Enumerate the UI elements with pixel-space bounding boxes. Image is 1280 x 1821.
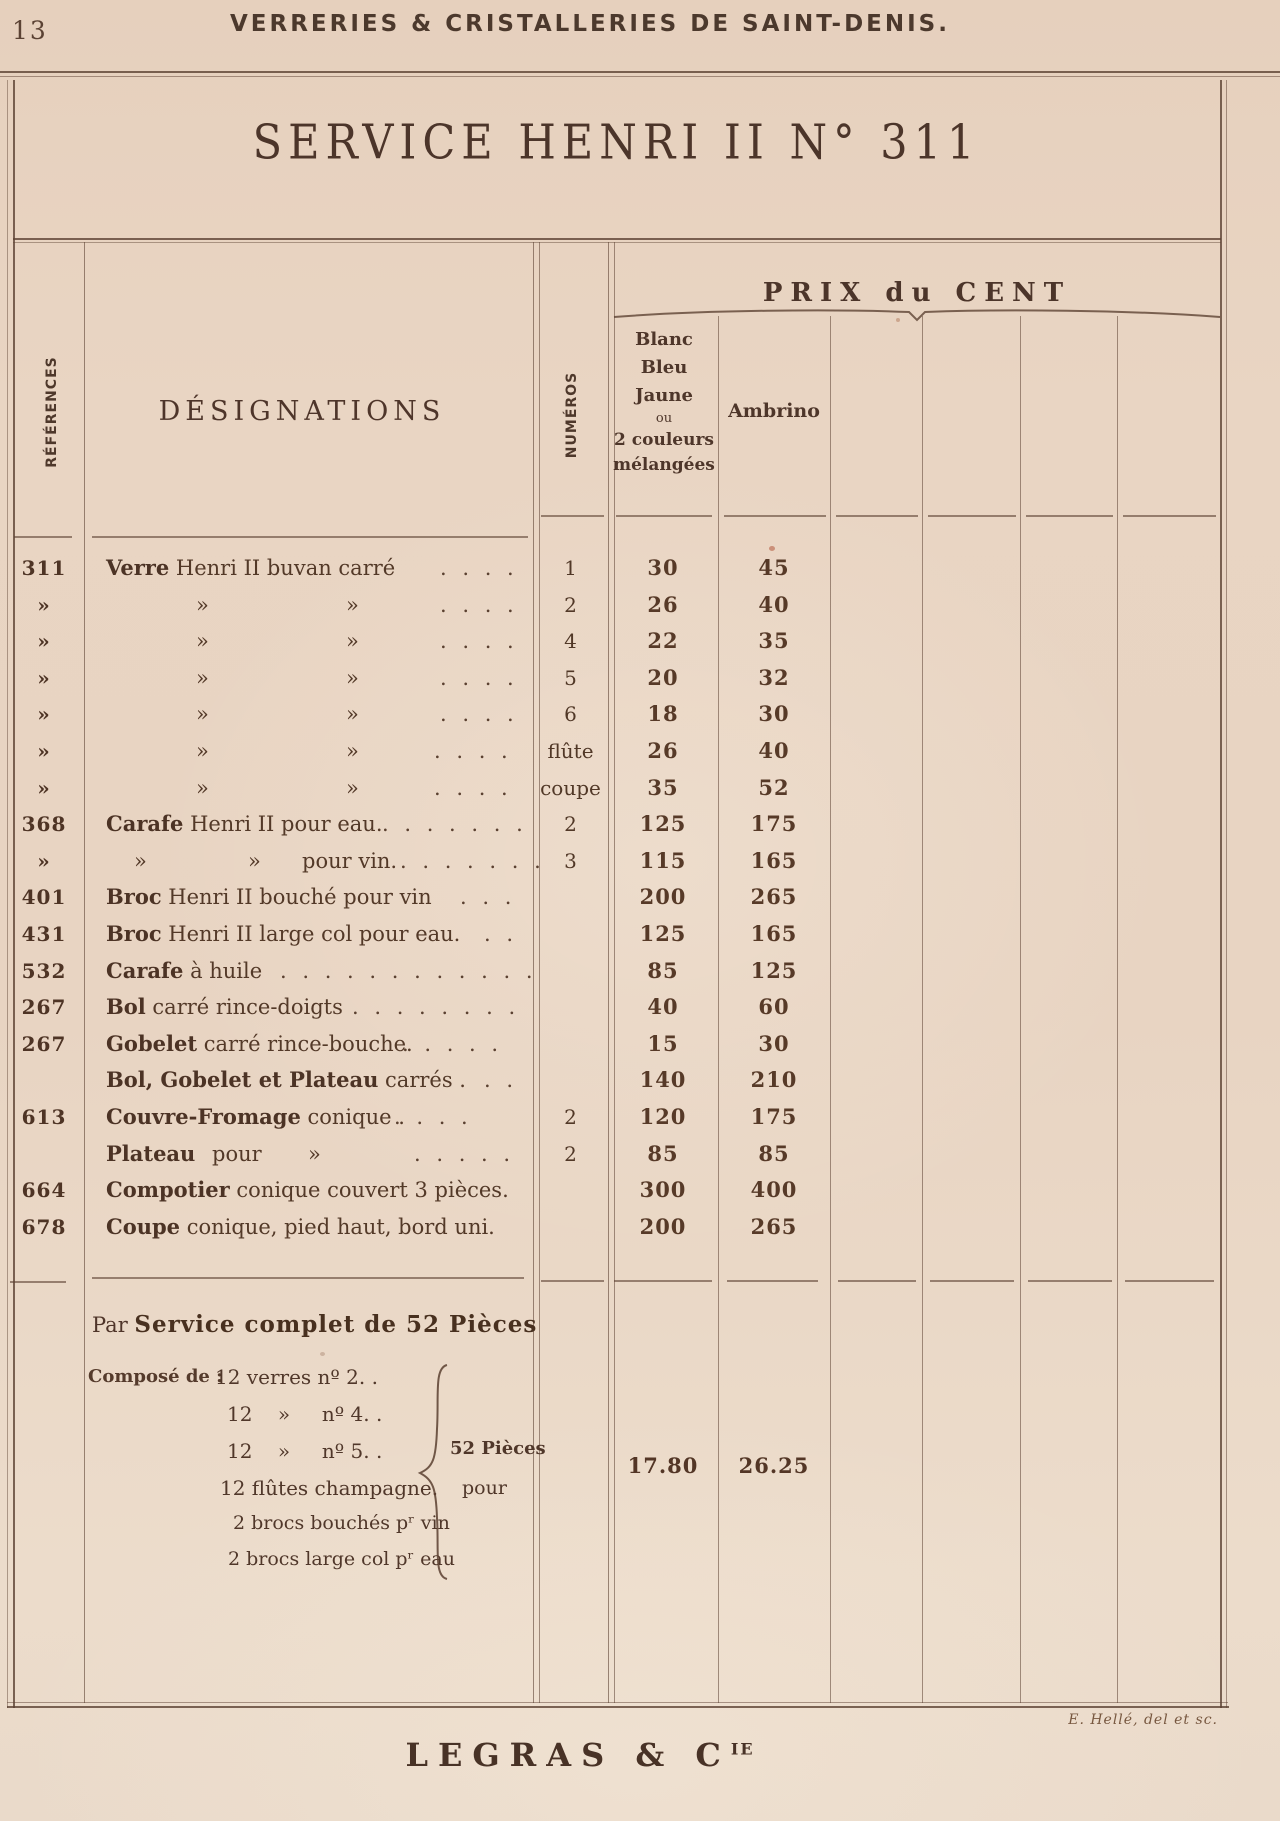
designation-text: Carafe: [106, 811, 183, 836]
table-row: 613Couvre-Fromage conique .. . . .212017…: [0, 1099, 1233, 1135]
reference-cell: 267: [6, 989, 82, 1025]
price-ambrino-cell: 35: [718, 623, 830, 659]
numero-cell: [533, 1209, 608, 1245]
table-row: 664Compotier conique couvert 3 pièces.30…: [0, 1172, 1233, 1208]
price-blanc-cell: 140: [608, 1062, 718, 1098]
price-ambrino-cell: 175: [718, 806, 830, 842]
designation-text: Carafe: [106, 958, 183, 983]
table-rule: [14, 536, 72, 538]
reference-cell: 664: [6, 1172, 82, 1208]
column-header-prix-du-cent: PRIX du CENT: [614, 278, 1220, 308]
table-rule: [616, 515, 712, 517]
masthead-title: VERRERIES & CRISTALLERIES DE SAINT-DENIS…: [0, 11, 1180, 38]
numero-cell: [533, 879, 608, 915]
reference-cell: »: [6, 587, 82, 623]
designation-text: »: [196, 733, 209, 769]
table-rule: [92, 536, 528, 538]
dot-leader: . .: [484, 916, 513, 952]
service-heading-prefix: Par: [92, 1313, 134, 1337]
prix-brace-rule: [614, 306, 1220, 324]
dot-leader: . . .: [460, 879, 511, 915]
price-blanc-cell: 85: [608, 953, 718, 989]
designation-text: Broc: [106, 921, 162, 946]
numero-cell: [533, 1026, 608, 1062]
table-rule: [930, 1280, 1014, 1282]
designation-text: conique couvert 3 pièces.: [230, 1178, 509, 1202]
price-blanc-cell: 300: [608, 1172, 718, 1208]
table-rule: [1026, 515, 1113, 517]
designation-cell: Bol carré rince-doigts. . . . . . . .: [84, 989, 533, 1025]
column-header-numeros: NUMÉROS: [564, 360, 580, 470]
numero-cell: 6: [533, 696, 608, 732]
numero-cell: flûte: [533, 733, 608, 769]
price-blanc-cell: 200: [608, 879, 718, 915]
price-ambrino-cell: 52: [718, 770, 830, 806]
reference-cell: 311: [6, 550, 82, 586]
designation-text: »: [346, 770, 359, 806]
reference-cell: »: [6, 770, 82, 806]
numero-cell: [533, 1062, 608, 1098]
designation-text: Bol, Gobelet et Plateau: [106, 1067, 378, 1092]
reference-cell: »: [6, 733, 82, 769]
dot-leader: . . . .: [440, 623, 514, 659]
table-row: »»». . . .coupe3552: [0, 770, 1233, 806]
reference-cell: 431: [6, 916, 82, 952]
numero-cell: 1: [533, 550, 608, 586]
column-header-ambrino: Ambrino: [718, 400, 830, 422]
price-ambrino-cell: 165: [718, 843, 830, 879]
service-item: 12 flûtes champagne.: [220, 1476, 438, 1500]
dot-leader: . . . . . . . .: [352, 989, 515, 1025]
price-ambrino-cell: 400: [718, 1172, 830, 1208]
designation-cell: »». . . .: [84, 696, 533, 732]
dot-leader: . .: [484, 1062, 513, 1098]
reference-cell: [6, 1062, 82, 1098]
designation-text: Gobelet: [106, 1031, 197, 1056]
table-rule: [0, 71, 1280, 73]
price-blanc-cell: 26: [608, 733, 718, 769]
reference-cell: 401: [6, 879, 82, 915]
table-row: »»». . . .52032: [0, 660, 1233, 696]
dot-leader: . . . . .: [414, 1136, 510, 1172]
price-ambrino-cell: 30: [718, 696, 830, 732]
table-rule: [724, 515, 826, 517]
price-blanc-cell: 200: [608, 1209, 718, 1245]
publisher-suffix: IE: [731, 1739, 755, 1758]
service-heading-bold: Service complet de 52 Pièces: [134, 1311, 537, 1338]
table-rule: [614, 1280, 712, 1282]
engraver-credit: E. Hellé, del et sc.: [1000, 1712, 1218, 1728]
service-item: 12 verres nº 2. .: [215, 1365, 378, 1389]
table-row: »»». . . .flûte2640: [0, 733, 1233, 769]
price-blanc-cell: 40: [608, 989, 718, 1025]
designation-cell: Couvre-Fromage conique .. . . .: [84, 1099, 533, 1135]
price-ambrino-cell: 85: [718, 1136, 830, 1172]
dot-leader: . . . . . . .: [400, 843, 541, 879]
age-spot: [320, 1352, 325, 1356]
designation-text: pour: [212, 1136, 262, 1172]
service-item: 12 » nº 5. .: [227, 1439, 382, 1463]
numero-cell: 2: [533, 1136, 608, 1172]
price-blanc-cell: 22: [608, 623, 718, 659]
blanc-line: 2 couleurs: [612, 428, 716, 453]
designation-text: Compotier: [106, 1177, 230, 1202]
table-rule: [838, 1280, 916, 1282]
designation-text: carrés .: [378, 1068, 466, 1092]
dot-leader: . . . .: [434, 770, 508, 806]
price-blanc-cell: 15: [608, 1026, 718, 1062]
table-rule: [541, 515, 604, 517]
blanc-line: Bleu: [612, 354, 716, 382]
designation-cell: Bol, Gobelet et Plateau carrés .. .: [84, 1062, 533, 1098]
table-row: »»». . . .22640: [0, 587, 1233, 623]
price-ambrino-cell: 265: [718, 1209, 830, 1245]
numero-cell: 3: [533, 843, 608, 879]
dot-leader: . . . .: [440, 696, 514, 732]
dot-leader: . . . . . . . . . . . .: [280, 953, 533, 989]
numero-cell: coupe: [533, 770, 608, 806]
reference-cell: »: [6, 843, 82, 879]
table-row: 368Carafe Henri II pour eau.. . . . . . …: [0, 806, 1233, 842]
designation-cell: »». . . .: [84, 623, 533, 659]
price-ambrino-cell: 32: [718, 660, 830, 696]
reference-cell: »: [6, 660, 82, 696]
designation-text: à huile: [183, 959, 262, 983]
designation-cell: »». . . .: [84, 587, 533, 623]
table-rule: [1028, 1280, 1112, 1282]
price-blanc-cell: 85: [608, 1136, 718, 1172]
blanc-line: Jaune: [612, 382, 716, 410]
column-header-designations: DÉSIGNATIONS: [92, 396, 512, 427]
price-ambrino-cell: 175: [718, 1099, 830, 1135]
reference-cell: 613: [6, 1099, 82, 1135]
table-rule: [0, 76, 1280, 77]
table-rule: [1123, 515, 1216, 517]
designation-cell: Coupe conique, pied haut, bord uni.: [84, 1209, 533, 1245]
table-row: 267Bol carré rince-doigts. . . . . . . .…: [0, 989, 1233, 1025]
table-rule: [10, 1281, 66, 1283]
dot-leader: . . . .: [434, 733, 508, 769]
table-rule: [727, 1280, 818, 1282]
numero-cell: [533, 1172, 608, 1208]
page-title: SERVICE HENRI II N° 311: [13, 116, 1220, 171]
table-row: Bol, Gobelet et Plateau carrés .. .14021…: [0, 1062, 1233, 1098]
price-blanc-cell: 30: [608, 550, 718, 586]
numero-cell: 5: [533, 660, 608, 696]
price-ambrino-cell: 45: [718, 550, 830, 586]
designation-text: »: [346, 696, 359, 732]
price-ambrino-cell: 210: [718, 1062, 830, 1098]
price-blanc-cell: 18: [608, 696, 718, 732]
table-rule: [7, 1702, 1228, 1703]
designation-text: carré rince-bouche.: [197, 1032, 413, 1056]
table-rule: [7, 1706, 1229, 1708]
numero-cell: 4: [533, 623, 608, 659]
dot-leader: . . . . . . .: [382, 806, 523, 842]
price-blanc-cell: 125: [608, 806, 718, 842]
service-price-ambrino: 26.25: [718, 1448, 830, 1484]
table-row: 311Verre Henri II buvan carré. . . .1304…: [0, 550, 1233, 586]
price-blanc-cell: 26: [608, 587, 718, 623]
table-rule: [13, 238, 1221, 240]
designation-text: Couvre-Fromage: [106, 1104, 301, 1129]
reference-cell: 267: [6, 1026, 82, 1062]
designation-cell: Compotier conique couvert 3 pièces.: [84, 1172, 533, 1208]
numero-cell: 2: [533, 1099, 608, 1135]
price-ambrino-cell: 165: [718, 916, 830, 952]
dot-leader: . . . .: [440, 587, 514, 623]
designation-text: Plateau: [106, 1136, 195, 1172]
price-blanc-cell: 20: [608, 660, 718, 696]
designation-text: Henri II bouché pour vin: [162, 885, 432, 909]
price-ambrino-cell: 40: [718, 587, 830, 623]
designation-text: »: [346, 587, 359, 623]
compose-label: Composé de :: [88, 1366, 223, 1387]
designation-text: »: [134, 843, 147, 879]
designation-text: »: [346, 623, 359, 659]
table-row: »»». . . .42235: [0, 623, 1233, 659]
table-rule: [1125, 1280, 1214, 1282]
designation-text: pour vin.: [302, 843, 397, 879]
designation-text: Henri II large col pour eau.: [162, 922, 461, 946]
designation-text: carré rince-doigts: [146, 995, 343, 1019]
table-row: »»». . . .61830: [0, 696, 1233, 732]
reference-cell: [6, 1136, 82, 1172]
designation-text: Henri II buvan carré: [169, 556, 395, 580]
designation-cell: Gobelet carré rince-bouche.. . . . .: [84, 1026, 533, 1062]
designation-text: »: [196, 770, 209, 806]
price-blanc-cell: 120: [608, 1099, 718, 1135]
table-row: Plateaupour». . . . .28585: [0, 1136, 1233, 1172]
designation-text: »: [248, 843, 261, 879]
column-header-references: RÉFÉRENCES: [44, 348, 60, 476]
publisher-footer: LEGRAS & CIE: [0, 1736, 1160, 1774]
designation-text: »: [346, 733, 359, 769]
designation-text: »: [196, 623, 209, 659]
designation-text: »: [196, 587, 209, 623]
dot-leader: . . . . .: [402, 1026, 498, 1062]
catalog-page: 13 VERRERIES & CRISTALLERIES DE SAINT-DE…: [0, 0, 1280, 1821]
age-spot: [769, 546, 775, 551]
price-ambrino-cell: 60: [718, 989, 830, 1025]
designation-text: »: [196, 696, 209, 732]
designation-text: conique, pied haut, bord uni.: [180, 1215, 495, 1239]
numero-cell: 2: [533, 806, 608, 842]
price-ambrino-cell: 265: [718, 879, 830, 915]
service-brace: [414, 1363, 452, 1581]
numero-cell: [533, 953, 608, 989]
table-rule: [13, 242, 1221, 243]
designation-cell: »». . . .: [84, 770, 533, 806]
publisher-name: LEGRAS & C: [405, 1736, 730, 1774]
service-item: 12 » nº 4. .: [227, 1402, 382, 1426]
table-rule: [541, 1280, 604, 1282]
designation-text: »: [196, 660, 209, 696]
blanc-line: mélangées: [612, 453, 716, 478]
price-ambrino-cell: 30: [718, 1026, 830, 1062]
dot-leader: . . . .: [394, 1099, 468, 1135]
designation-cell: Carafe à huile. . . . . . . . . . . .: [84, 953, 533, 989]
table-row: 532Carafe à huile. . . . . . . . . . . .…: [0, 953, 1233, 989]
price-blanc-cell: 35: [608, 770, 718, 806]
brace-label-pieces: 52 Pièces: [450, 1438, 546, 1459]
reference-cell: 532: [6, 953, 82, 989]
designation-text: Henri II pour eau.: [183, 812, 382, 836]
designation-text: »: [346, 660, 359, 696]
price-blanc-cell: 115: [608, 843, 718, 879]
table-row: 267Gobelet carré rince-bouche.. . . . .1…: [0, 1026, 1233, 1062]
designation-text: conique .: [301, 1105, 405, 1129]
numero-cell: [533, 989, 608, 1025]
reference-cell: 368: [6, 806, 82, 842]
column-header-blanc: Blanc Bleu Jaune ou 2 couleurs mélangées: [612, 326, 716, 478]
table-rule: [928, 515, 1016, 517]
table-row: »»»pour vin.. . . . . . .3115165: [0, 843, 1233, 879]
designation-text: Bol: [106, 994, 146, 1019]
designation-cell: »»pour vin.. . . . . . .: [84, 843, 533, 879]
brace-label-pour: pour: [462, 1477, 507, 1499]
designation-text: Coupe: [106, 1214, 180, 1239]
table-rule: [92, 1277, 524, 1279]
price-ambrino-cell: 40: [718, 733, 830, 769]
price-blanc-cell: 125: [608, 916, 718, 952]
designation-text: Broc: [106, 884, 162, 909]
table-rule: [836, 515, 918, 517]
designation-cell: Broc Henri II bouché pour vin. . .: [84, 879, 533, 915]
dot-leader: . . . .: [440, 550, 514, 586]
numero-cell: 2: [533, 587, 608, 623]
blanc-line: ou: [612, 410, 716, 428]
blanc-line: Blanc: [612, 326, 716, 354]
designation-cell: »». . . .: [84, 733, 533, 769]
price-ambrino-cell: 125: [718, 953, 830, 989]
designation-cell: Broc Henri II large col pour eau.. .: [84, 916, 533, 952]
designation-cell: Carafe Henri II pour eau.. . . . . . .: [84, 806, 533, 842]
service-price-blanc: 17.80: [608, 1448, 718, 1484]
reference-cell: »: [6, 696, 82, 732]
designation-cell: »». . . .: [84, 660, 533, 696]
age-spot: [896, 318, 900, 322]
numero-cell: [533, 916, 608, 952]
service-complet-heading: Par Service complet de 52 Pièces: [92, 1311, 537, 1338]
designation-text: »: [308, 1136, 321, 1172]
table-row: 401Broc Henri II bouché pour vin. . .200…: [0, 879, 1233, 915]
table-row: 431Broc Henri II large col pour eau.. .1…: [0, 916, 1233, 952]
dot-leader: . . . .: [440, 660, 514, 696]
designation-cell: Plateaupour». . . . .: [84, 1136, 533, 1172]
reference-cell: »: [6, 623, 82, 659]
reference-cell: 678: [6, 1209, 82, 1245]
table-row: 678Coupe conique, pied haut, bord uni.20…: [0, 1209, 1233, 1245]
designation-cell: Verre Henri II buvan carré. . . .: [84, 550, 533, 586]
designation-text: Verre: [106, 555, 169, 580]
